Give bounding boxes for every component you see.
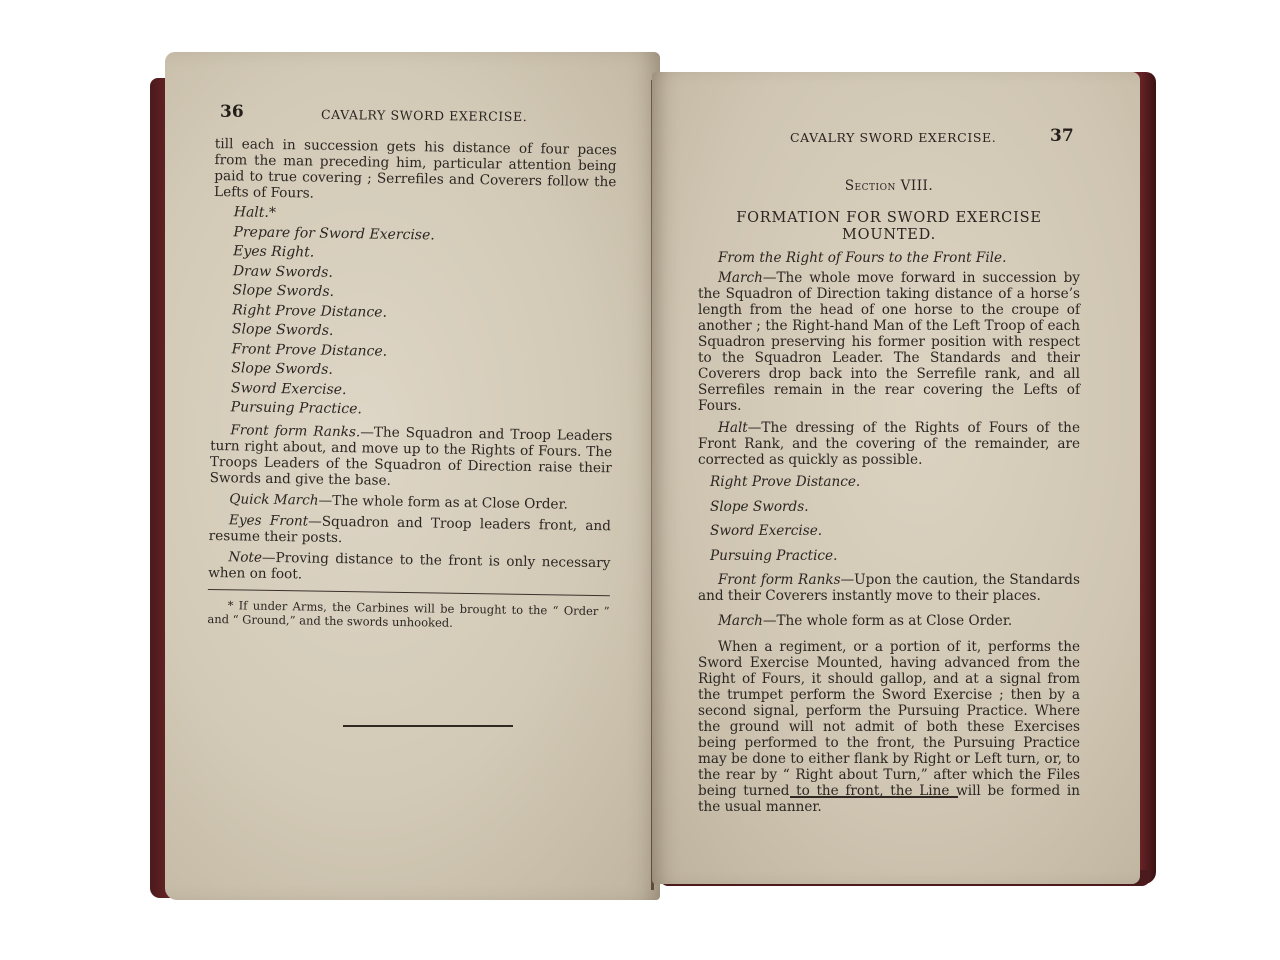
- command-item: Sword Exercise.: [710, 519, 1080, 544]
- command-list-right: Right Prove Distance. Slope Swords. Swor…: [710, 470, 1080, 568]
- page-number-left: 36: [220, 102, 244, 122]
- paragraph-command: March: [718, 270, 763, 286]
- end-rule-left: [343, 725, 513, 727]
- end-rule-right: [790, 796, 958, 798]
- section-title: FORMATION FOR SWORD EXERCISE MOUNTED.: [728, 210, 1050, 244]
- paragraph-command: March: [718, 613, 763, 629]
- paragraph-quick-march: Quick March—The whole form as at Close O…: [209, 490, 611, 512]
- section-number: VIII.: [901, 178, 934, 194]
- command-item: Pursuing Practice.: [710, 544, 1080, 569]
- paragraph-text: —Proving distance to the front is only n…: [208, 549, 610, 582]
- paragraph-command: Front form Ranks: [718, 572, 841, 588]
- paragraph-march-close-order: March—The whole form as at Close Order.: [698, 613, 1080, 629]
- section-subtitle: From the Right of Fours to the Front Fil…: [698, 250, 1080, 266]
- paragraph-note: Note—Proving distance to the front is on…: [208, 548, 610, 586]
- left-page-body: till each in succession gets his distanc…: [207, 136, 617, 632]
- paragraph-text: —The whole form as at Close Order.: [318, 492, 568, 512]
- paragraph-text: —The dressing of the Rights of Fours of …: [698, 420, 1080, 468]
- command-list-left: Halt.* Prepare for Sword Exercise. Eyes …: [231, 203, 616, 423]
- section-label: Section: [845, 178, 896, 194]
- section-heading: Section VIII.: [698, 178, 1080, 194]
- running-head-left: CAVALRY SWORD EXERCISE.: [321, 107, 527, 124]
- paragraph-halt: Halt—The dressing of the Rights of Fours…: [698, 420, 1080, 468]
- right-page: CAVALRY SWORD EXERCISE. 37 Section VIII.…: [652, 72, 1140, 884]
- paragraph-front-form-ranks-right: Front form Ranks—Upon the caution, the S…: [698, 572, 1080, 604]
- paragraph-command: Eyes Front: [229, 512, 308, 529]
- paragraph-text: —The whole form as at Close Order.: [763, 613, 1012, 629]
- paragraph-eyes-front: Eyes Front—Squadron and Troop leaders fr…: [209, 511, 611, 549]
- page-number-right: 37: [1050, 126, 1074, 146]
- opening-paragraph: till each in succession gets his distanc…: [214, 136, 617, 206]
- command-item: Slope Swords.: [710, 495, 1080, 520]
- paragraph-command: Quick March: [229, 491, 319, 508]
- footnote: * If under Arms, the Carbines will be br…: [207, 597, 609, 631]
- closing-paragraph: When a regiment, or a portion of it, per…: [698, 639, 1080, 815]
- paragraph-command: Note: [228, 549, 262, 566]
- footnote-rule: [208, 588, 610, 595]
- command-item: Right Prove Distance.: [710, 470, 1080, 495]
- left-page: 36 CAVALRY SWORD EXERCISE. till each in …: [165, 52, 660, 900]
- paragraph-front-form-ranks: Front form Ranks.—The Squadron and Troop…: [210, 421, 613, 491]
- paragraph-text: —The whole move forward in succession by…: [698, 270, 1080, 414]
- paragraph-march: March—The whole move forward in successi…: [698, 270, 1080, 414]
- right-page-body: Section VIII. FORMATION FOR SWORD EXERCI…: [698, 178, 1080, 815]
- paragraph-command: Halt: [718, 420, 748, 436]
- running-head-right: CAVALRY SWORD EXERCISE.: [790, 130, 996, 145]
